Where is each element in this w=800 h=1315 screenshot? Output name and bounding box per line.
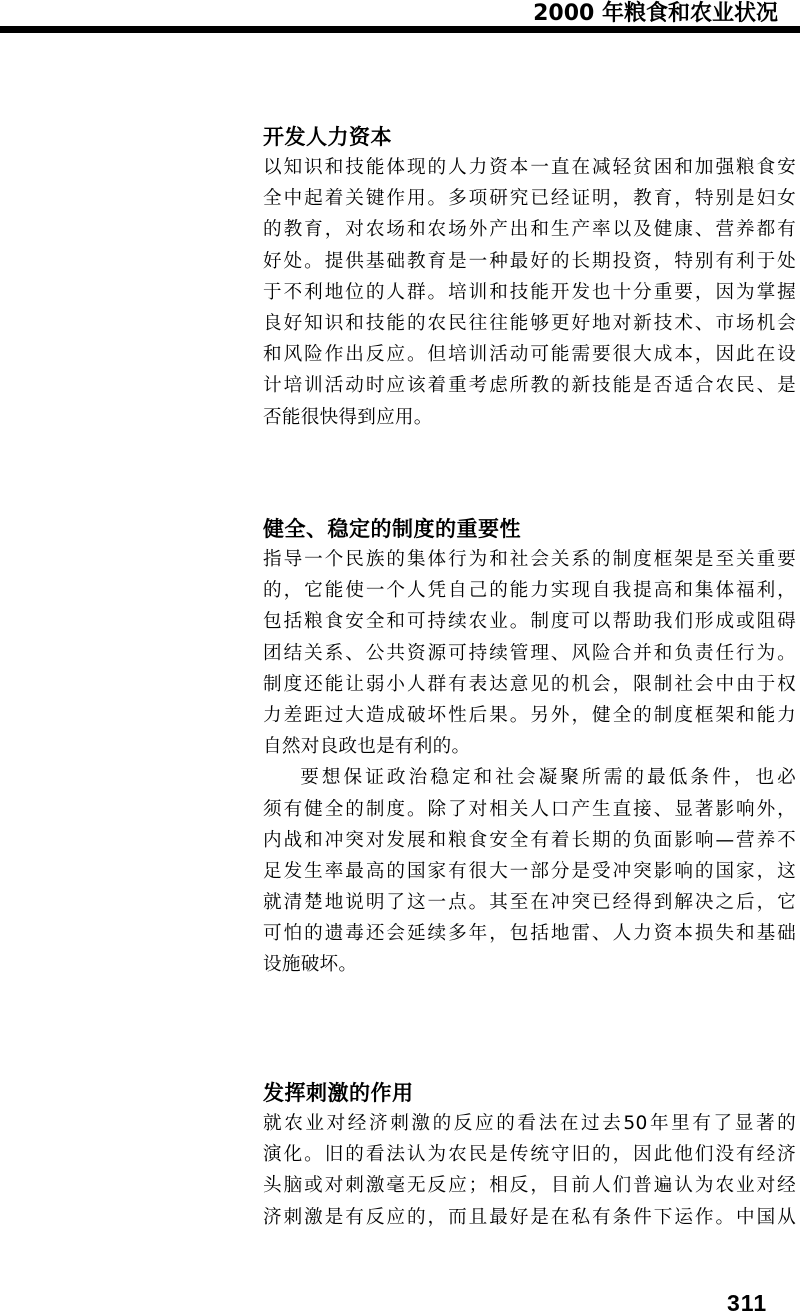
- text-line: 力差距过大造成破坏性后果。另外，健全的制度框架和能力: [263, 700, 796, 731]
- text-line: 全中起着关键作用。多项研究已经证明，教育，特别是妇女: [263, 183, 796, 214]
- text-line: 制度还能让弱小人群有表达意见的机会，限制社会中由于权: [263, 669, 796, 700]
- text-line: 就农业对经济刺激的反应的看法在过去50年里有了显著的: [263, 1108, 796, 1139]
- running-header: 2000 年粮食和农业状况: [533, 1, 778, 27]
- text-line: 团结关系、公共资源可持续管理、风险合并和负责任行为。: [263, 638, 796, 669]
- text-line: 足发生率最高的国家有很大一部分是受冲突影响的国家，这: [263, 856, 796, 887]
- text-line: 济刺激是有反应的，而且最好是在私有条件下运作。中国从: [263, 1202, 796, 1233]
- header-rule: [0, 26, 800, 33]
- text-line: 的教育，对农场和农场外产出和生产率以及健康、营养都有: [263, 214, 796, 245]
- text-line: 要想保证政治稳定和社会凝聚所需的最低条件，也必: [263, 762, 796, 793]
- paragraph: 以知识和技能体现的人力资本一直在减轻贫困和加强粮食安 全中起着关键作用。多项研究…: [263, 152, 796, 433]
- text-line: 演化。旧的看法认为农民是传统守旧的，因此他们没有经济: [263, 1139, 796, 1170]
- text-line: 以知识和技能体现的人力资本一直在减轻贫困和加强粮食安: [263, 152, 796, 183]
- section-title: 开发人力资本: [263, 122, 796, 152]
- text-line: 于不利地位的人群。培训和技能开发也十分重要，因为掌握: [263, 277, 796, 308]
- paragraph: 要想保证政治稳定和社会凝聚所需的最低条件，也必 须有健全的制度。除了对相关人口产…: [263, 762, 796, 980]
- paragraph: 就农业对经济刺激的反应的看法在过去50年里有了显著的 演化。旧的看法认为农民是传…: [263, 1108, 796, 1233]
- text-line: 计培训活动时应该着重考虑所教的新技能是否适合农民、是: [263, 370, 796, 401]
- text-line: 否能很快得到应用。: [263, 402, 796, 433]
- text-line: 好处。提供基础教育是一种最好的长期投资，特别有利于处: [263, 246, 796, 277]
- text-line: 良好知识和技能的农民往往能够更好地对新技术、市场机会: [263, 308, 796, 339]
- section-title: 发挥刺激的作用: [263, 1078, 796, 1108]
- text-line: 包括粮食安全和可持续农业。制度可以帮助我们形成或阻碍: [263, 606, 796, 637]
- text-line: 可怕的遗毒还会延续多年，包括地雷、人力资本损失和基础: [263, 918, 796, 949]
- section-incentives: 发挥刺激的作用 就农业对经济刺激的反应的看法在过去50年里有了显著的 演化。旧的…: [263, 1078, 796, 1233]
- section-institutions: 健全、稳定的制度的重要性 指导一个民族的集体行为和社会关系的制度框架是至关重要 …: [263, 514, 796, 981]
- text-line: 自然对良政也是有利的。: [263, 731, 796, 762]
- text-line: 内战和冲突对发展和粮食安全有着长期的负面影响—营养不: [263, 825, 796, 856]
- section-human-capital: 开发人力资本 以知识和技能体现的人力资本一直在减轻贫困和加强粮食安 全中起着关键…: [263, 122, 796, 433]
- text-line: 就清楚地说明了这一点。其至在冲突已经得到解决之后，它: [263, 887, 796, 918]
- text-line: 指导一个民族的集体行为和社会关系的制度框架是至关重要: [263, 544, 796, 575]
- text-line: 须有健全的制度。除了对相关人口产生直接、显著影响外，: [263, 794, 796, 825]
- section-title: 健全、稳定的制度的重要性: [263, 514, 796, 544]
- text-line: 和风险作出反应。但培训活动可能需要很大成本，因此在设: [263, 339, 796, 370]
- text-line: 的，它能使一个人凭自己的能力实现自我提高和集体福利，: [263, 575, 796, 606]
- text-line: 头脑或对刺激毫无反应；相反，目前人们普遍认为农业对经: [263, 1170, 796, 1201]
- text-line: 设施破坏。: [263, 949, 796, 980]
- paragraph: 指导一个民族的集体行为和社会关系的制度框架是至关重要 的，它能使一个人凭自己的能…: [263, 544, 796, 762]
- page-number: 311: [727, 1290, 767, 1315]
